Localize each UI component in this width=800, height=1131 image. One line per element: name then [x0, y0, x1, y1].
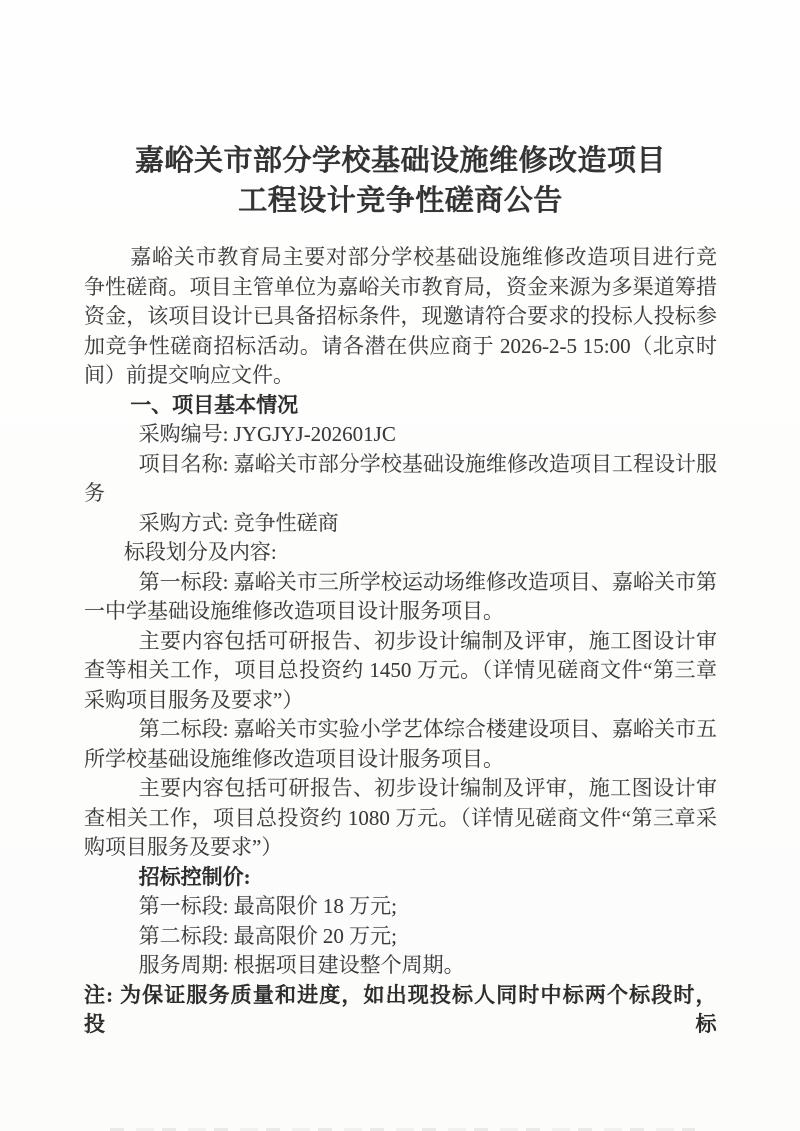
- document-title-line-1: 嘉峪关市部分学校基础设施维修改造项目: [84, 141, 717, 181]
- lot2-price-line: 第二标段: 最高限价 20 万元;: [84, 922, 717, 952]
- document-content: 嘉峪关市部分学校基础设施维修改造项目 工程设计竞争性磋商公告 嘉峪关市教育局主要…: [84, 141, 717, 1040]
- lot1-content-paragraph: 主要内容包括可研报告、初步设计编制及评审，施工图设计审查等相关工作，项目总投资约…: [84, 627, 717, 716]
- control-price-heading: 招标控制价:: [84, 863, 717, 893]
- note-paragraph: 注: 为保证服务质量和进度，如出现投标人同时中标两个标段时，投标: [84, 981, 717, 1040]
- purchase-number-line: 采购编号: JYGJYJ-202601JC: [84, 420, 717, 450]
- document-title-line-2: 工程设计竞争性磋商公告: [84, 181, 717, 221]
- lot2-content-paragraph: 主要内容包括可研报告、初步设计编制及评审，施工图设计审查相关工作，项目总投资约 …: [84, 774, 717, 863]
- intro-paragraph: 嘉峪关市教育局主要对部分学校基础设施维修改造项目进行竞争性磋商。项目主管单位为嘉…: [84, 243, 717, 391]
- section1-heading: 一、项目基本情况: [84, 391, 717, 421]
- service-period-line: 服务周期: 根据项目建设整个周期。: [84, 951, 717, 981]
- lot1-description: 第一标段: 嘉峪关市三所学校运动场维修改造项目、嘉峪关市第一中学基础设施维修改造…: [84, 568, 717, 627]
- lot2-description: 第二标段: 嘉峪关市实验小学艺体综合楼建设项目、嘉峪关市五所学校基础设施维修改造…: [84, 715, 717, 774]
- purchase-method-line: 采购方式: 竞争性磋商: [84, 509, 717, 539]
- scanned-document-page: 嘉峪关市部分学校基础设施维修改造项目 工程设计竞争性磋商公告 嘉峪关市教育局主要…: [0, 0, 800, 1131]
- lots-heading-line: 标段划分及内容:: [84, 538, 717, 568]
- document-title: 嘉峪关市部分学校基础设施维修改造项目 工程设计竞争性磋商公告: [84, 141, 717, 221]
- lot1-price-line: 第一标段: 最高限价 18 万元;: [84, 892, 717, 922]
- project-name-line: 项目名称: 嘉峪关市部分学校基础设施维修改造项目工程设计服务: [84, 450, 717, 509]
